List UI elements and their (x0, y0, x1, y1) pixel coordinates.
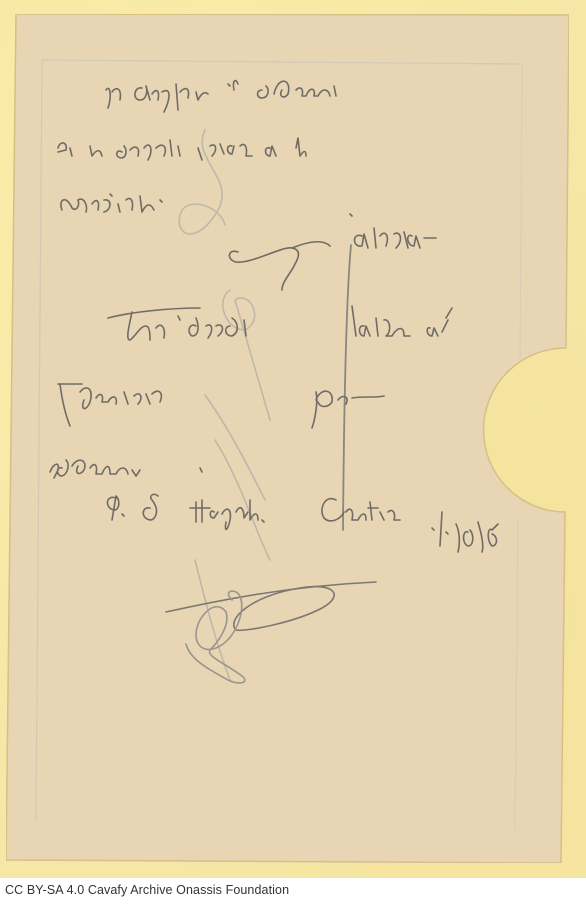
card-paper (6, 14, 569, 863)
credit-text: CC BY-SA 4.0 Cavafy Archive Onassis Foun… (5, 883, 289, 897)
manuscript-card (0, 0, 586, 878)
credit-footer: CC BY-SA 4.0 Cavafy Archive Onassis Foun… (0, 878, 586, 905)
